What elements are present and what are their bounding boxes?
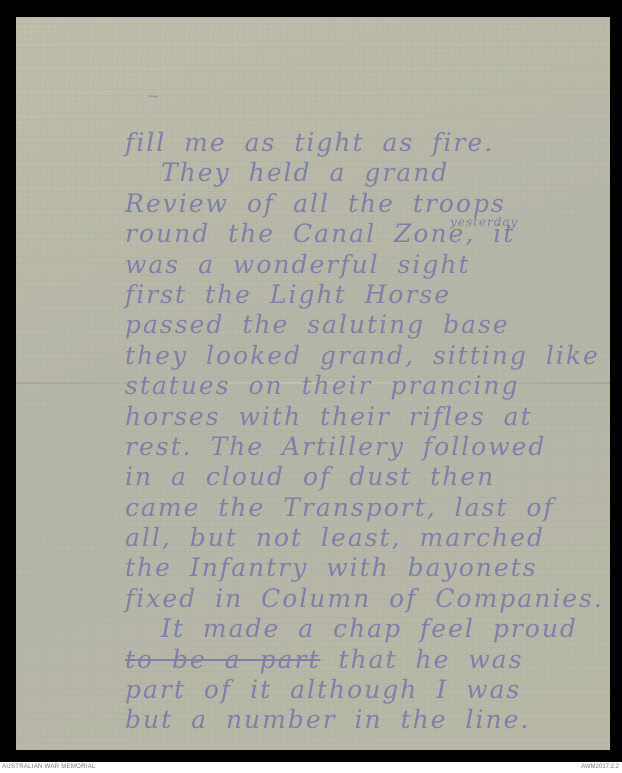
letter-line: all, but not least, marched — [125, 523, 585, 553]
letter-line: to be a part that he was — [125, 645, 585, 675]
letter-line: horses with their rifles at — [125, 402, 585, 432]
letter-line: rest. The Artillery followed — [125, 432, 585, 462]
institution-label: AUSTRALIAN WAR MEMORIAL — [2, 764, 96, 770]
letter-line: round the Canal Zone, it yesterday — [125, 219, 585, 249]
letter-line: passed the saluting base — [125, 310, 585, 340]
scan-frame: ~ fill me as tight as fire. They held a … — [0, 0, 622, 762]
letter-line: fixed in Column of Companies. — [125, 584, 585, 614]
reference-number: AWM2017.2.2 — [581, 764, 619, 770]
struck-text: to be a part — [125, 645, 321, 674]
letter-line: was a wonderful sight — [125, 250, 585, 280]
letter-line: but a number in the line. — [125, 705, 585, 735]
letter-line: They held a grand — [125, 158, 585, 188]
margin-mark: ~ — [148, 89, 160, 105]
letter-line: came the Transport, last of — [125, 493, 585, 523]
letter-line: part of it although I was — [125, 675, 585, 705]
letter-line-text: that he was — [339, 645, 524, 674]
handwritten-text: fill me as tight as fire. They held a gr… — [125, 128, 585, 736]
letter-line: statues on their prancing — [125, 371, 585, 401]
archive-footer: AUSTRALIAN WAR MEMORIAL AWM2017.2.2 — [0, 762, 622, 773]
letter-line: the Infantry with bayonets — [125, 553, 585, 583]
insertion-text: yesterday — [450, 207, 518, 237]
letter-line: in a cloud of dust then — [125, 462, 585, 492]
letter-line: they looked grand, sitting like — [125, 341, 585, 371]
letter-line: first the Light Horse — [125, 280, 585, 310]
letter-line: It made a chap feel proud — [125, 614, 585, 644]
letter-line: fill me as tight as fire. — [125, 128, 585, 158]
